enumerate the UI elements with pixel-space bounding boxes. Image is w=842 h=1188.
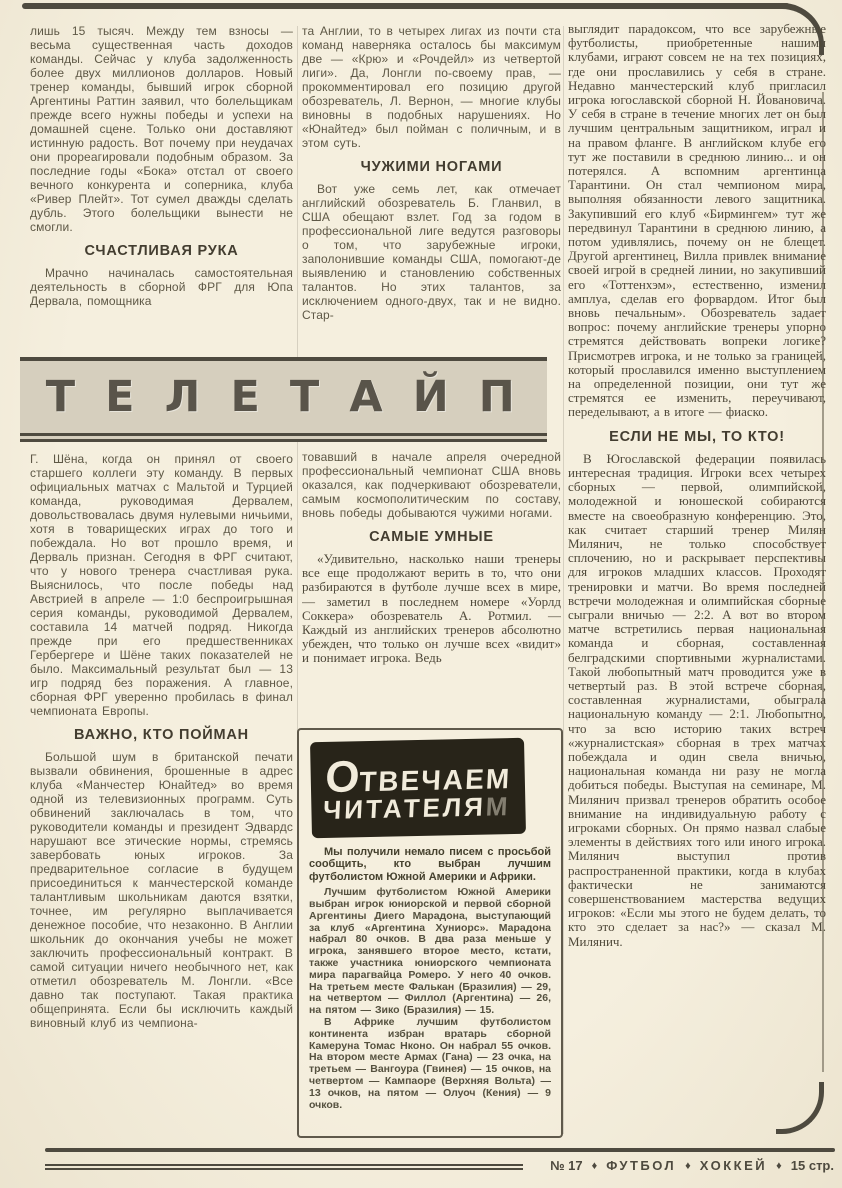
lucky-hand-body: Г. Шёна, когда он принял от своего старш…	[30, 452, 293, 718]
logo-line2-last-letter: М	[485, 791, 511, 822]
diamond-icon: ♦	[776, 1160, 782, 1172]
issue-number: № 17	[550, 1158, 583, 1173]
logo-initial-letter: О	[324, 756, 360, 799]
logo-text: ОТВЕЧАЕМ ЧИТАТЕЛЯМ	[323, 753, 514, 822]
foreign-feet-end: товавший в начале апреля очередной профе…	[302, 450, 561, 520]
left-column-top: лишь 15 тысяч. Между тем взносы — весьма…	[30, 24, 293, 357]
foreign-feet-intro: Вот уже семь лет, как отмечает английски…	[302, 182, 561, 322]
magazine-title-football: ФУТБОЛ	[606, 1158, 676, 1173]
caught-paragraph: Большой шум в британской печати вызвали …	[30, 750, 293, 1030]
column-separator-right	[563, 26, 564, 1134]
heading-caught: ВАЖНО, КТО ПОЙМАН	[30, 727, 293, 743]
left-column-bottom: Г. Шёна, когда он принял от своего старш…	[30, 452, 293, 1142]
heading-lucky-hand: СЧАСТЛИВАЯ РУКА	[30, 243, 293, 259]
diamond-icon: ♦	[592, 1160, 598, 1172]
caught-continuation: та Англии, то в четырех лигах из почти с…	[302, 24, 561, 150]
right-column: выглядит парадоксом, что все зарубежные …	[568, 22, 826, 1136]
middle-column-top: та Англии, то в четырех лигах из почти с…	[302, 24, 561, 357]
otvechaem-chitatelyam-logo: ОТВЕЧАЕМ ЧИТАТЕЛЯМ	[310, 738, 526, 838]
yugoslavia-paragraph: В Югославской федерации появилась интере…	[568, 452, 826, 949]
heading-foreign-feet: ЧУЖИМИ НОГАМИ	[302, 159, 561, 175]
newspaper-page: лишь 15 тысяч. Между тем взносы — весьма…	[0, 0, 842, 1188]
magazine-title-hockey: ХОККЕЙ	[700, 1158, 767, 1173]
logo-line2: ЧИТАТЕЛЯМ	[323, 794, 512, 823]
middle-column-middle: товавший в начале апреля очередной профе…	[302, 450, 561, 726]
positions-paragraph: выглядит парадоксом, что все зарубежные …	[568, 22, 826, 420]
page-number: 15 стр.	[791, 1158, 834, 1173]
south-america-paragraph: Лучшим футболистом Южной Америки выбран …	[309, 887, 551, 1017]
teletype-banner: ТЕЛЕТАЙП	[20, 357, 547, 442]
heading-if-not-us: ЕСЛИ НЕ МЫ, ТО КТО!	[568, 429, 826, 445]
heading-smartest: САМЫЕ УМНЫЕ	[302, 529, 561, 545]
africa-paragraph: В Африке лучшим футболистом континента и…	[309, 1017, 551, 1111]
bottom-rule-lower	[45, 1164, 523, 1170]
page-footer: № 17 ♦ ФУТБОЛ ♦ ХОККЕЙ ♦ 15 стр.	[550, 1158, 834, 1173]
boca-paragraph: лишь 15 тысяч. Между тем взносы — весьма…	[30, 24, 293, 234]
teletype-banner-title: ТЕЛЕТАЙП	[22, 372, 545, 422]
reader-answers-box: ОТВЕЧАЕМ ЧИТАТЕЛЯМ Мы получили немало пи…	[297, 728, 563, 1138]
top-border-rule	[22, 3, 790, 9]
bottom-rule-upper	[45, 1148, 835, 1152]
smartest-paragraph: «Удивительно, насколько наши тренеры все…	[302, 552, 561, 666]
lucky-hand-intro: Мрачно начиналась самостоятельная деятел…	[30, 266, 293, 308]
reader-box-intro: Мы получили немало писем с просьбой сооб…	[309, 846, 551, 883]
logo-line2-main: ЧИТАТЕЛЯ	[323, 792, 487, 825]
diamond-icon: ♦	[685, 1160, 691, 1172]
